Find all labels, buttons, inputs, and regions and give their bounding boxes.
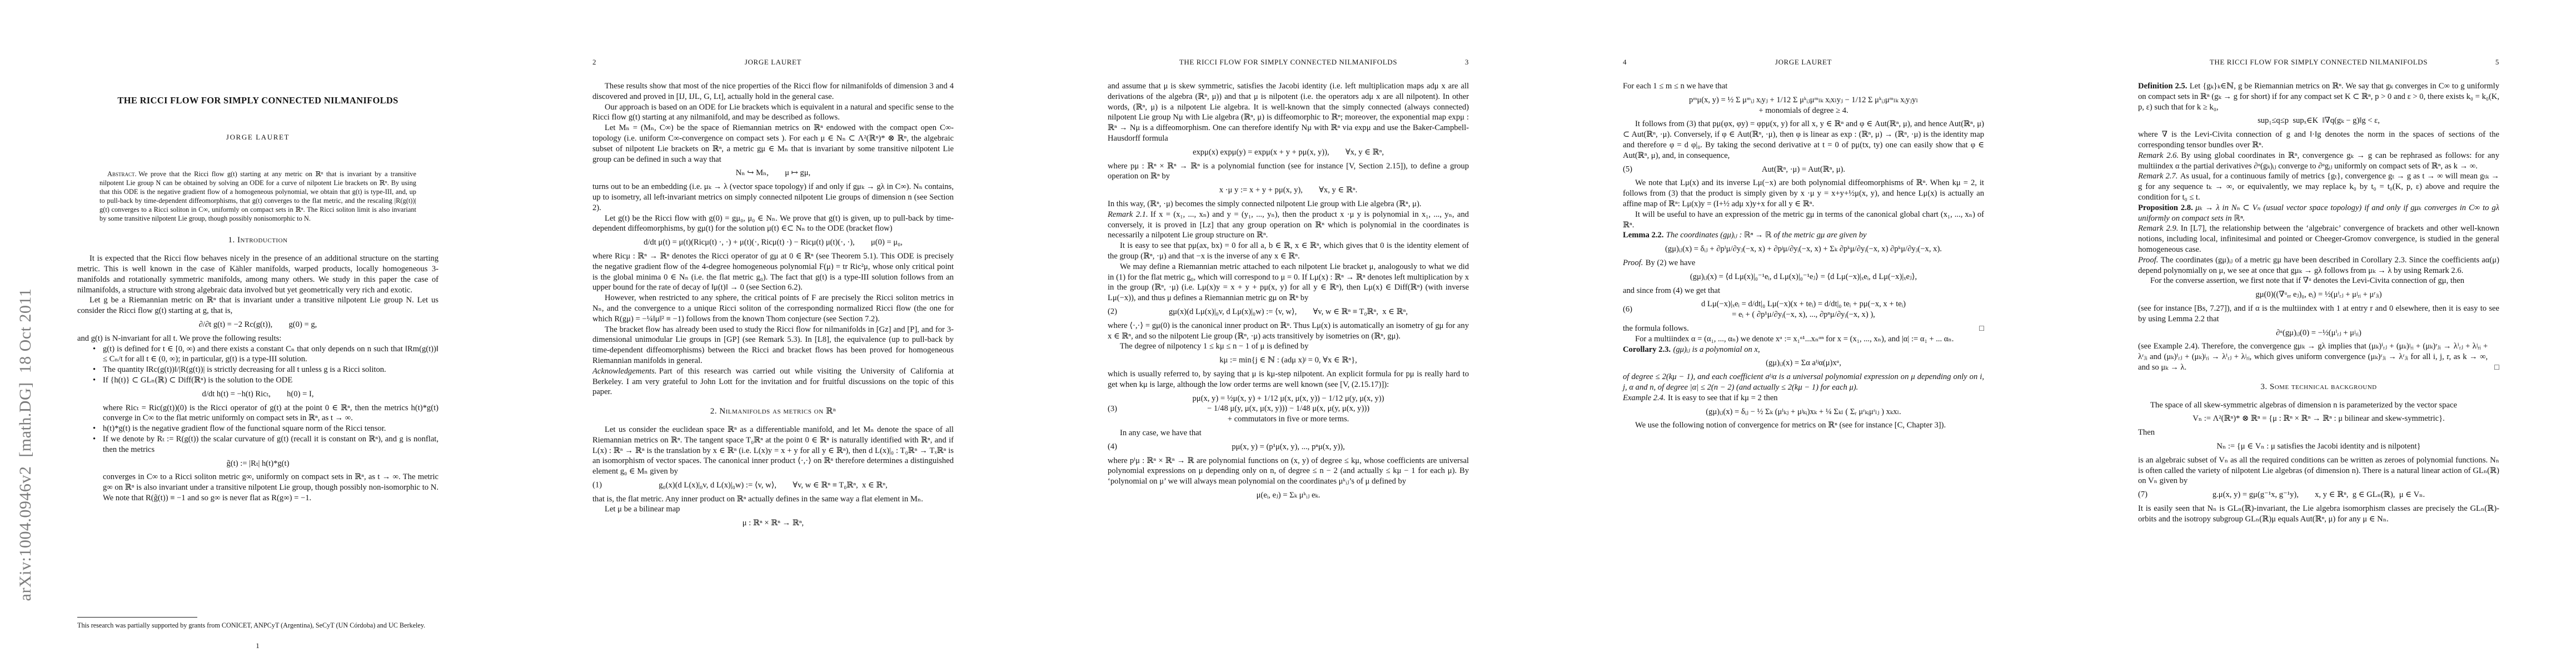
section-heading: 2. Nilmanifolds as metrics on ℝⁿ (592, 406, 954, 417)
equation-body: (gμ)ᵢⱼ(x) = ⟨d Lμ(x)|₀⁻¹eᵢ, d Lμ(x)|₀⁻¹e… (1623, 272, 1984, 282)
paragraph: These results show that most of the nice… (592, 81, 954, 102)
block-text: turns out to be an embedding (i.e. μₖ → … (592, 182, 954, 212)
page-header: 4JORGE LAURET (1623, 58, 1984, 67)
paragraph: Remark 2.7.As usual, for a continuous fa… (2138, 171, 2499, 202)
section-heading: 3. Some technical background (2138, 382, 2499, 392)
block-text: that is, the flat metric. Any inner prod… (592, 495, 923, 504)
page-header: THE RICCI FLOW FOR SIMPLY CONNECTED NILM… (2138, 58, 2499, 67)
bullet-text: The quantity ‖Rc(g(t))‖/|R(g(t))| is str… (103, 365, 439, 375)
equation-body: d/dt h(t) = −h(t) Ricₜ, h(0) = I, (77, 389, 439, 400)
equation-line: μ : ℝⁿ × ℝⁿ → ℝⁿ, (592, 518, 954, 529)
block-text: converges in C∞ to a Ricci soliton metri… (103, 472, 439, 502)
block-text: We may define a Riemannian metric attach… (1108, 262, 1469, 302)
block-text: These results show that most of the nice… (592, 82, 954, 101)
block-text: The coordinates (gμ)ᵢⱼ of a metric gμ ha… (2138, 256, 2499, 275)
equation-number: (6) (1623, 305, 1632, 315)
paragraph: where Ricₜ = Ric(g(t))(0) is the Ricci o… (103, 403, 439, 424)
paper-row: arXiv:1004.0946v2 [math.DG] 18 Oct 2011T… (0, 0, 2576, 667)
block-text: and assume that μ is skew symmetric, sat… (1108, 82, 1469, 143)
block-text: is an algebraic subset of Vₙ as all the … (2138, 456, 2499, 486)
header-page-number-right (937, 58, 954, 67)
equation-line: (gμ)ᵢⱼ(x) = δᵢⱼ − ½ Σₖ (μⁱₖⱼ + μʲₖᵢ)xₖ +… (1623, 407, 1984, 417)
display-equation: expμ(x) expμ(y) = expμ(x + y + pμ(x, y))… (1108, 147, 1469, 158)
paragraph: Remark 2.1.If x = (x₁, ..., xₙ) and y = … (1108, 210, 1469, 241)
paragraph: which is usually referred to, by saying … (1108, 369, 1469, 390)
paragraph: Definition 2.5.Let {gₖ}ₖ∈ℕ, g be Riemann… (2138, 81, 2499, 112)
block-text: It is easy to see that if kμ = 2 then (1668, 394, 1778, 402)
equation-body: Nₙ := {μ ∈ Vₙ : μ satisfies the Jacobi i… (2138, 441, 2499, 452)
page-3: THE RICCI FLOW FOR SIMPLY CONNECTED NILM… (1030, 0, 1546, 667)
block-text: We note that Lμ(x) and its inverse Lμ(−x… (1623, 178, 1984, 208)
page-header: 2JORGE LAURET (592, 58, 954, 67)
block-text: Let Mₙ = (Mₙ, C∞) be the space of Rieman… (592, 123, 954, 163)
block-text: It is expected that the Ricci flow behav… (77, 254, 439, 294)
display-equation: ∂/∂t g(t) = −2 Rc(g(t)), g(0) = g, (77, 320, 439, 330)
block-lead: Corollary 2.3. (1623, 345, 1673, 354)
block-text: It is easy to see that pμ(ax, bx) = 0 fo… (1108, 241, 1469, 261)
paragraph: It follows from (3) that pμ(φx, φy) = φp… (1623, 119, 1984, 161)
equation-line: pᵐμ(x, y) = ½ Σ μᵐᵢⱼ xᵢyⱼ + 1/12 Σ μᵏᵢⱼμ… (1623, 95, 1984, 106)
equation-line: g̃(t) := |Rₜ| h(t)*g(t) (77, 459, 439, 469)
arxiv-watermark: arXiv:1004.0946v2 [math.DG] 18 Oct 2011 (16, 288, 35, 601)
qed-box: □ (2494, 362, 2499, 373)
equation-line: d/dt h(t) = −h(t) Ricₜ, h(0) = I, (77, 389, 439, 400)
display-equation: (3)pμ(x, y) = ½μ(x, y) + 1/12 μ(x, μ(x, … (1108, 394, 1469, 425)
paragraph: It will be useful to have an expression … (1623, 210, 1984, 231)
block-text: of degree ≤ 2(kμ − 1), and each coeffici… (1623, 372, 1984, 392)
equation-body: gμ(x)(d Lμ(x)|₀v, d Lμ(x)|₀w) := ⟨v, w⟩,… (1108, 307, 1469, 317)
page-content: and assume that μ is skew symmetric, sat… (1108, 81, 1469, 504)
block-text: In any case, we have that (1120, 429, 1202, 437)
bullet-item: •g(t) is defined for t ∈ [0, ∞) and ther… (93, 344, 439, 365)
paragraph: (see for instance [Bs, 7.27]), and if α … (2138, 303, 2499, 325)
header-page-number-left (2138, 58, 2155, 67)
equation-body: gμ(0)((∇ᵘₑᵣ eⱼ)₀, eᵢ) = ½(μⁱᵣⱼ + μʲᵣᵢ + … (2138, 290, 2499, 300)
paragraph: Let g(t) be the Ricci flow with g(0) = g… (592, 213, 954, 235)
equation-body: Vₙ := Λ²(ℝⁿ)* ⊗ ℝⁿ = {μ : ℝⁿ × ℝⁿ → ℝⁿ :… (2138, 414, 2499, 424)
display-equation: (gμ)ᵢⱼ(x) = δᵢⱼ − ½ Σₖ (μⁱₖⱼ + μʲₖᵢ)xₖ +… (1623, 407, 1984, 417)
block-text: Then (2138, 428, 2155, 437)
header-page-number-right: 3 (1452, 58, 1469, 67)
paragraph: Let Mₙ = (Mₙ, C∞) be the space of Rieman… (592, 123, 954, 165)
paragraph: The degree of nilpotency 1 ≤ kμ ≤ n − 1 … (1108, 341, 1469, 352)
display-equation: x ·μ y := x + y + pμ(x, y), ∀x, y ∈ ℝⁿ. (1108, 185, 1469, 196)
section-heading: 1. Introduction (77, 235, 439, 246)
block-text: We use the following notion of convergen… (1635, 421, 1946, 430)
paragraph: The space of all skew-symmetric algebras… (2138, 400, 2499, 411)
block-lead: Definition 2.5. (2138, 82, 2190, 91)
header-running-title: THE RICCI FLOW FOR SIMPLY CONNECTED NILM… (1124, 58, 1452, 67)
paragraph: It is easy to see that pμ(ax, bx) = 0 fo… (1108, 241, 1469, 262)
paragraph: Proposition 2.8.μₖ → λ in Nₙ ⊂ Vₙ (usual… (2138, 203, 2499, 224)
block-text: where Ricₜ = Ric(g(t))(0) is the Ricci o… (103, 404, 439, 423)
paragraph: Remark 2.6.By using global coordinates i… (2138, 151, 2499, 172)
block-text: Let us consider the euclidean space ℝⁿ a… (592, 425, 954, 476)
paragraph: Acknowledgements.Part of this research w… (592, 366, 954, 397)
equation-number: (3) (1108, 404, 1117, 414)
paragraph: converges in C∞ to a Ricci soliton metri… (103, 472, 439, 503)
block-text: For a multiindex α = (α₁, ..., αₙ) we de… (1635, 335, 1954, 344)
paragraph: and since from (4) we get that (1623, 286, 1984, 296)
display-equation: μ : ℝⁿ × ℝⁿ → ℝⁿ, (592, 518, 954, 529)
display-equation: (gμ)ᵢⱼ(x) = Σα aⁱʲα(μ)xᵅ, (1623, 358, 1984, 369)
header-page-number-left (1108, 58, 1124, 67)
paragraph: The bracket flow has already been used t… (592, 325, 954, 366)
paragraph: where ⟨·,·⟩ = gμ(0) is the canonical inn… (1108, 321, 1469, 342)
equation-line: − 1/48 μ(y, μ(x, μ(x, y))) − 1/48 μ(x, μ… (1108, 404, 1469, 414)
block-lead: Proposition 2.8. (2138, 203, 2195, 212)
block-text: However, when restricted to any sphere, … (592, 293, 954, 323)
paragraph: Our approach is based on an ODE for Lie … (592, 102, 954, 123)
header-running-title: JORGE LAURET (1640, 58, 1967, 67)
equation-number: (1) (592, 480, 602, 491)
equation-line: gμ(x)(d Lμ(x)|₀v, d Lμ(x)|₀w) := ⟨v, w⟩,… (1108, 307, 1469, 317)
page-header: THE RICCI FLOW FOR SIMPLY CONNECTED NILM… (1108, 58, 1469, 67)
block-lead: Abstract. (107, 170, 138, 178)
block-text: In this way, (ℝⁿ, ·μ) becomes the simply… (1108, 200, 1421, 208)
header-running-title: THE RICCI FLOW FOR SIMPLY CONNECTED NILM… (2155, 58, 2483, 67)
block-text: where ∇ is the Levi-Civita connection of… (2138, 130, 2499, 150)
display-equation: kμ := min{j ∈ ℕ : (adμ x)ʲ = 0, ∀x ∈ ℝⁿ}… (1108, 355, 1469, 366)
display-equation: (2)gμ(x)(d Lμ(x)|₀v, d Lμ(x)|₀w) := ⟨v, … (1108, 307, 1469, 317)
equation-line: g.μ(x, y) = gμ(g⁻¹x, g⁻¹y), x, y ∈ ℝⁿ, g… (2138, 490, 2499, 500)
display-equation: d/dt μ(t) = μ(t)(Ricμ(t) ·, ·) + μ(t)(·,… (592, 237, 954, 248)
equation-line: pμ(x, y) = ½μ(x, y) + 1/12 μ(x, μ(x, y))… (1108, 394, 1469, 404)
display-equation: Nₙ ↪ Mₙ, μ ↦ gμ, (592, 168, 954, 178)
equation-body: ∂/∂t g(t) = −2 Rc(g(t)), g(0) = g, (77, 320, 439, 330)
block-text: By (2) we have (1646, 258, 1696, 267)
equation-line: + commutators in five or more terms. (1108, 414, 1469, 425)
display-equation: ∂ᵅ(gμ)ᵢⱼ(0) = −½(μⁱᵣⱼ + μʲᵣᵢ) (2138, 328, 2499, 339)
page-5: THE RICCI FLOW FOR SIMPLY CONNECTED NILM… (2061, 0, 2576, 667)
paragraph: However, when restricted to any sphere, … (592, 293, 954, 324)
paragraph: For a multiindex α = (α₁, ..., αₙ) we de… (1623, 334, 1984, 345)
bullet-icon: • (93, 344, 103, 365)
paragraph: It is expected that the Ricci flow behav… (77, 253, 439, 295)
display-equation: pᵐμ(x, y) = ½ Σ μᵐᵢⱼ xᵢyⱼ + 1/12 Σ μᵏᵢⱼμ… (1623, 95, 1984, 116)
paragraph: In this way, (ℝⁿ, ·μ) becomes the simply… (1108, 199, 1469, 210)
block-text: For each 1 ≤ m ≤ n we have that (1623, 82, 1727, 91)
header-running-title: JORGE LAURET (609, 58, 937, 67)
paragraph: (see Example 2.4). Therefore, the conver… (2138, 341, 2499, 372)
bullet-icon: • (93, 375, 103, 386)
header-page-number-left: 2 (592, 58, 609, 67)
equation-body: g̃(t) := |Rₜ| h(t)*g(t) (77, 459, 439, 469)
bullet-item: •If we denote by Rₜ := R(g(t)) the scala… (93, 434, 439, 455)
block-text: where ⟨·,·⟩ = gμ(0) is the canonical inn… (1108, 321, 1469, 341)
equation-body: (gμ)ᵢⱼ(x) = δᵢⱼ + ∂pⁱμ/∂yⱼ(−x, x) + ∂pʲμ… (1623, 244, 1984, 255)
block-text: Let g(t) be the Ricci flow with g(0) = g… (592, 214, 954, 233)
header-page-number-left: 4 (1623, 58, 1640, 67)
block-lead: Proof. (2138, 256, 2161, 265)
block-text: In [L7], the relationship between the ‘a… (2138, 224, 2499, 254)
paragraph: Abstract.We prove that the Ricci flow g(… (99, 170, 416, 223)
display-equation: Vₙ := Λ²(ℝⁿ)* ⊗ ℝⁿ = {μ : ℝⁿ × ℝⁿ → ℝⁿ :… (2138, 414, 2499, 424)
bullet-item: •The quantity ‖Rc(g(t))‖/|R(g(t))| is st… (93, 365, 439, 375)
equation-line: ∂/∂t g(t) = −2 Rc(g(t)), g(0) = g, (77, 320, 439, 330)
bullet-icon: • (93, 365, 103, 375)
equation-body: Nₙ ↪ Mₙ, μ ↦ gμ, (592, 168, 954, 178)
paragraph: Corollary 2.3.(gμ)ᵢⱼ is a polynomial on … (1623, 345, 1984, 355)
page-2: 2JORGE LAURETThese results show that mos… (515, 0, 1030, 667)
display-equation: (1)g₀(x)(d L(x)|₀v, d L(x)|₀w) := ⟨v, w⟩… (592, 480, 954, 491)
paragraph: the formula follows.□ (1623, 323, 1984, 334)
block-text: (see for instance [Bs, 7.27]), and if α … (2138, 304, 2499, 323)
equation-body: pμ(x, y) = (p¹μ(x, y), ..., pⁿμ(x, y)), (1108, 442, 1469, 452)
equation-line: + monomials of degree ≥ 4. (1623, 106, 1984, 116)
block-text: The coordinates (gμ)ᵢⱼ : ℝⁿ → ℝ of the m… (1666, 231, 1867, 240)
equation-number: (5) (1623, 165, 1632, 175)
equation-line: Aut(ℝⁿ, ·μ) = Aut(ℝⁿ, μ). (1623, 165, 1984, 175)
block-text: (gμ)ᵢⱼ is a polynomial on x, (1673, 345, 1760, 354)
block-text: Let {gₖ}ₖ∈ℕ, g be Riemannian metrics on … (2138, 82, 2499, 112)
paragraph: Let g be a Riemannian metric on ℝⁿ that … (77, 295, 439, 316)
block-text: The bracket flow has already been used t… (592, 325, 954, 365)
paragraph: and g(t) is N-invariant for all t. We pr… (77, 333, 439, 344)
equation-body: g.μ(x, y) = gμ(g⁻¹x, g⁻¹y), x, y ∈ ℝⁿ, g… (2138, 490, 2499, 500)
page-4: 4JORGE LAURETFor each 1 ≤ m ≤ n we have … (1546, 0, 2061, 667)
display-equation: Nₙ := {μ ∈ Vₙ : μ satisfies the Jacobi i… (2138, 441, 2499, 452)
paper-author: JORGE LAURET (77, 132, 439, 143)
equation-body: d/dt μ(t) = μ(t)(Ricμ(t) ·, ·) + μ(t)(·,… (592, 237, 954, 248)
paragraph: For the converse assertion, we first not… (2138, 276, 2499, 286)
paragraph: that is, the flat metric. Any inner prod… (592, 494, 954, 505)
paragraph: is an algebraic subset of Vₙ as all the … (2138, 455, 2499, 486)
block-lead: Remark 2.6. (2138, 151, 2181, 160)
bullet-item: •h(t)*g(t) is the negative gradient flow… (93, 424, 439, 434)
paragraph: of degree ≤ 2(kμ − 1), and each coeffici… (1623, 372, 1984, 393)
paragraph: where pⁱμ : ℝⁿ × ℝⁿ → ℝ are polynomial f… (1108, 456, 1469, 487)
qed-box: □ (1979, 323, 1984, 334)
block-lead: Remark 2.9. (2138, 224, 2181, 233)
block-text: It is easily seen that Nₙ is GLₙ(ℝ)-inva… (2138, 504, 2499, 524)
equation-body: pᵐμ(x, y) = ½ Σ μᵐᵢⱼ xᵢyⱼ + 1/12 Σ μᵏᵢⱼμ… (1623, 95, 1984, 116)
display-equation: (7)g.μ(x, y) = gμ(g⁻¹x, g⁻¹y), x, y ∈ ℝⁿ… (2138, 490, 2499, 500)
block-text: Our approach is based on an ODE for Lie … (592, 103, 954, 122)
equation-line: (gμ)ᵢⱼ(x) = ⟨d Lμ(x)|₀⁻¹eᵢ, d Lμ(x)|₀⁻¹e… (1623, 272, 1984, 282)
block-text: Let μ be a bilinear map (605, 505, 680, 514)
equation-body: x ·μ y := x + y + pμ(x, y), ∀x, y ∈ ℝⁿ. (1108, 185, 1469, 196)
block-lead: Lemma 2.2. (1623, 231, 1666, 240)
equation-line: sup₁≤q≤p supₓ∈K ‖∇q(gₖ − g)‖g < ε, (2138, 116, 2499, 126)
equation-body: (gμ)ᵢⱼ(x) = δᵢⱼ − ½ Σₖ (μⁱₖⱼ + μʲₖᵢ)xₖ +… (1623, 407, 1984, 417)
paragraph: It is easily seen that Nₙ is GLₙ(ℝ)-inva… (2138, 504, 2499, 525)
paragraph: turns out to be an embedding (i.e. μₖ → … (592, 182, 954, 213)
equation-body: μ(eᵢ, eⱼ) = Σₖ μᵏᵢⱼ eₖ. (1108, 490, 1469, 501)
block-lead: Example 2.4. (1623, 394, 1668, 402)
equation-line: Nₙ ↪ Mₙ, μ ↦ gμ, (592, 168, 954, 178)
page-content: THE RICCI FLOW FOR SIMPLY CONNECTED NILM… (77, 94, 439, 504)
equation-body: sup₁≤q≤p supₓ∈K ‖∇q(gₖ − g)‖g < ε, (2138, 116, 2499, 126)
equation-body: expμ(x) expμ(y) = expμ(x + y + pμ(x, y))… (1108, 147, 1469, 158)
bullet-icon: • (93, 424, 103, 434)
equation-line: pμ(x, y) = (p¹μ(x, y), ..., pⁿμ(x, y)), (1108, 442, 1469, 452)
block-text: It will be useful to have an expression … (1623, 210, 1984, 230)
display-equation: (gμ)ᵢⱼ(x) = ⟨d Lμ(x)|₀⁻¹eᵢ, d Lμ(x)|₀⁻¹e… (1623, 272, 1984, 282)
equation-line: ∂ᵅ(gμ)ᵢⱼ(0) = −½(μⁱᵣⱼ + μʲᵣᵢ) (2138, 328, 2499, 339)
equation-number: (4) (1108, 442, 1117, 452)
equation-line: Nₙ := {μ ∈ Vₙ : μ satisfies the Jacobi i… (2138, 441, 2499, 452)
paragraph: Let μ be a bilinear map (592, 504, 954, 515)
paragraph: where Ricμ : ℝⁿ → ℝⁿ denotes the Ricci o… (592, 251, 954, 293)
block-lead: Proof. (1623, 258, 1646, 267)
block-text: If x = (x₁, ..., xₙ) and y = (y₁, ..., y… (1108, 210, 1469, 240)
paragraph: Lemma 2.2.The coordinates (gμ)ᵢⱼ : ℝⁿ → … (1623, 230, 1984, 241)
page-content: Definition 2.5.Let {gₖ}ₖ∈ℕ, g be Riemann… (2138, 81, 2499, 524)
equation-number: (7) (2138, 490, 2148, 500)
equation-body: (gμ)ᵢⱼ(x) = Σα aⁱʲα(μ)xᵅ, (1623, 358, 1984, 369)
block-text: and since from (4) we get that (1623, 286, 1720, 295)
paragraph: Then (2138, 427, 2499, 438)
equation-body: g₀(x)(d L(x)|₀v, d L(x)|₀w) := ⟨v, w⟩, ∀… (592, 480, 954, 491)
block-text: The space of all skew-symmetric algebras… (2150, 401, 2457, 410)
block-text: It follows from (3) that pμ(φx, φy) = φp… (1623, 120, 1984, 160)
display-equation: μ(eᵢ, eⱼ) = Σₖ μᵏᵢⱼ eₖ. (1108, 490, 1469, 501)
paragraph: where pμ : ℝⁿ × ℝⁿ → ℝⁿ is a polynomial … (1108, 161, 1469, 182)
display-equation: gμ(0)((∇ᵘₑᵣ eⱼ)₀, eᵢ) = ½(μⁱᵣⱼ + μʲᵣᵢ + … (2138, 290, 2499, 300)
block-text: By using global coordinates in ℝⁿ, conve… (2138, 151, 2499, 171)
block-text: We prove that the Ricci flow g(t) starti… (99, 170, 416, 222)
block-text: For the converse assertion, we first not… (2150, 276, 2464, 285)
bullet-text: If we denote by Rₜ := R(g(t)) the scalar… (103, 434, 439, 455)
paper-title: THE RICCI FLOW FOR SIMPLY CONNECTED NILM… (77, 94, 439, 107)
block-text: which is usually referred to, by saying … (1108, 370, 1469, 389)
page-1: arXiv:1004.0946v2 [math.DG] 18 Oct 2011T… (0, 0, 515, 667)
equation-line: d Lμ(−x)|ₓeᵢ = d/dt|₀ Lμ(−x)(x + teᵢ) = … (1623, 299, 1984, 310)
bullet-item: •If {h(t)} ⊂ GLₙ(ℝ) ⊂ Diff(ℝⁿ) is the so… (93, 375, 439, 386)
equation-line: kμ := min{j ∈ ℕ : (adμ x)ʲ = 0, ∀x ∈ ℝⁿ}… (1108, 355, 1469, 366)
equation-line: gμ(0)((∇ᵘₑᵣ eⱼ)₀, eᵢ) = ½(μⁱᵣⱼ + μʲᵣᵢ + … (2138, 290, 2499, 300)
equation-body: ∂ᵅ(gμ)ᵢⱼ(0) = −½(μⁱᵣⱼ + μʲᵣᵢ) (2138, 328, 2499, 339)
paragraph: Proof.By (2) we have (1623, 258, 1984, 268)
bullet-text: g(t) is defined for t ∈ [0, ∞) and there… (103, 344, 439, 365)
equation-body: d Lμ(−x)|ₓeᵢ = d/dt|₀ Lμ(−x)(x + teᵢ) = … (1623, 299, 1984, 320)
display-equation: (gμ)ᵢⱼ(x) = δᵢⱼ + ∂pⁱμ/∂yⱼ(−x, x) + ∂pʲμ… (1623, 244, 1984, 255)
paragraph: We may define a Riemannian metric attach… (1108, 262, 1469, 303)
equation-line: (gμ)ᵢⱼ(x) = Σα aⁱʲα(μ)xᵅ, (1623, 358, 1984, 369)
equation-line: Vₙ := Λ²(ℝⁿ)* ⊗ ℝⁿ = {μ : ℝⁿ × ℝⁿ → ℝⁿ :… (2138, 414, 2499, 424)
equation-line: μ(eᵢ, eⱼ) = Σₖ μᵏᵢⱼ eₖ. (1108, 490, 1469, 501)
block-text: and g(t) is N-invariant for all t. We pr… (77, 334, 281, 343)
paragraph: Proof.The coordinates (gμ)ᵢⱼ of a metric… (2138, 255, 2499, 276)
paragraph: Example 2.4.It is easy to see that if kμ… (1623, 393, 1984, 404)
block-lead: Remark 2.7. (2138, 172, 2180, 181)
block-text: the formula follows. (1623, 323, 1972, 334)
block-text: The degree of nilpotency 1 ≤ kμ ≤ n − 1 … (1120, 342, 1308, 351)
page-number: 1 (0, 641, 515, 650)
block-lead: Remark 2.1. (1108, 210, 1150, 219)
equation-number: (2) (1108, 307, 1117, 317)
equation-line: x ·μ y := x + y + pμ(x, y), ∀x, y ∈ ℝⁿ. (1108, 185, 1469, 196)
bullet-icon: • (93, 434, 103, 455)
display-equation: (6)d Lμ(−x)|ₓeᵢ = d/dt|₀ Lμ(−x)(x + teᵢ)… (1623, 299, 1984, 320)
display-equation: g̃(t) := |Rₜ| h(t)*g(t) (77, 459, 439, 469)
header-page-number-right (1967, 58, 1984, 67)
bullet-text: h(t)*g(t) is the negative gradient flow … (103, 424, 439, 434)
block-text: where pⁱμ : ℝⁿ × ℝⁿ → ℝ are polynomial f… (1108, 456, 1469, 486)
footnote: This research was partially supported by… (77, 617, 439, 630)
display-equation: sup₁≤q≤p supₓ∈K ‖∇q(gₖ − g)‖g < ε, (2138, 116, 2499, 126)
paragraph: For each 1 ≤ m ≤ n we have that (1623, 81, 1984, 92)
equation-line: expμ(x) expμ(y) = expμ(x + y + pμ(x, y))… (1108, 147, 1469, 158)
display-equation: d/dt h(t) = −h(t) Ricₜ, h(0) = I, (77, 389, 439, 400)
paragraph: We use the following notion of convergen… (1623, 420, 1984, 431)
block-text: (see Example 2.4). Therefore, the conver… (2138, 341, 2488, 372)
page-content: For each 1 ≤ m ≤ n we have thatpᵐμ(x, y)… (1623, 81, 1984, 431)
equation-body: pμ(x, y) = ½μ(x, y) + 1/12 μ(x, μ(x, y))… (1108, 394, 1469, 425)
paragraph: Remark 2.9.In [L7], the relationship bet… (2138, 223, 2499, 255)
display-equation: (4)pμ(x, y) = (p¹μ(x, y), ..., pⁿμ(x, y)… (1108, 442, 1469, 452)
equation-line: g₀(x)(d L(x)|₀v, d L(x)|₀w) := ⟨v, w⟩, ∀… (592, 480, 954, 491)
equation-line: d/dt μ(t) = μ(t)(Ricμ(t) ·, ·) + μ(t)(·,… (592, 237, 954, 248)
page-content: These results show that most of the nice… (592, 81, 954, 532)
equation-line: (gμ)ᵢⱼ(x) = δᵢⱼ + ∂pⁱμ/∂yⱼ(−x, x) + ∂pʲμ… (1623, 244, 1984, 255)
block-lead: Acknowledgements. (592, 367, 659, 376)
display-equation: (5)Aut(ℝⁿ, ·μ) = Aut(ℝⁿ, μ). (1623, 165, 1984, 175)
equation-body: Aut(ℝⁿ, ·μ) = Aut(ℝⁿ, μ). (1623, 165, 1984, 175)
paragraph: In any case, we have that (1108, 428, 1469, 439)
block-text: where Ricμ : ℝⁿ → ℝⁿ denotes the Ricci o… (592, 252, 954, 292)
header-page-number-right: 5 (2483, 58, 2499, 67)
paragraph: where ∇ is the Levi-Civita connection of… (2138, 130, 2499, 151)
paragraph: We note that Lμ(x) and its inverse Lμ(−x… (1623, 178, 1984, 209)
bullet-text: If {h(t)} ⊂ GLₙ(ℝ) ⊂ Diff(ℝⁿ) is the sol… (103, 375, 439, 386)
equation-line: = eᵢ + ( ∂p¹μ/∂yᵢ(−x, x), ..., ∂pⁿμ/∂yᵢ(… (1623, 310, 1984, 320)
block-text: where pμ : ℝⁿ × ℝⁿ → ℝⁿ is a polynomial … (1108, 162, 1469, 181)
equation-body: kμ := min{j ∈ ℕ : (adμ x)ʲ = 0, ∀x ∈ ℝⁿ}… (1108, 355, 1469, 366)
paragraph: Let us consider the euclidean space ℝⁿ a… (592, 425, 954, 477)
block-text: Let g be a Riemannian metric on ℝⁿ that … (77, 296, 439, 315)
block-text: As usual, for a continuous family of met… (2138, 172, 2499, 202)
equation-body: μ : ℝⁿ × ℝⁿ → ℝⁿ, (592, 518, 954, 529)
paragraph: and assume that μ is skew symmetric, sat… (1108, 81, 1469, 144)
